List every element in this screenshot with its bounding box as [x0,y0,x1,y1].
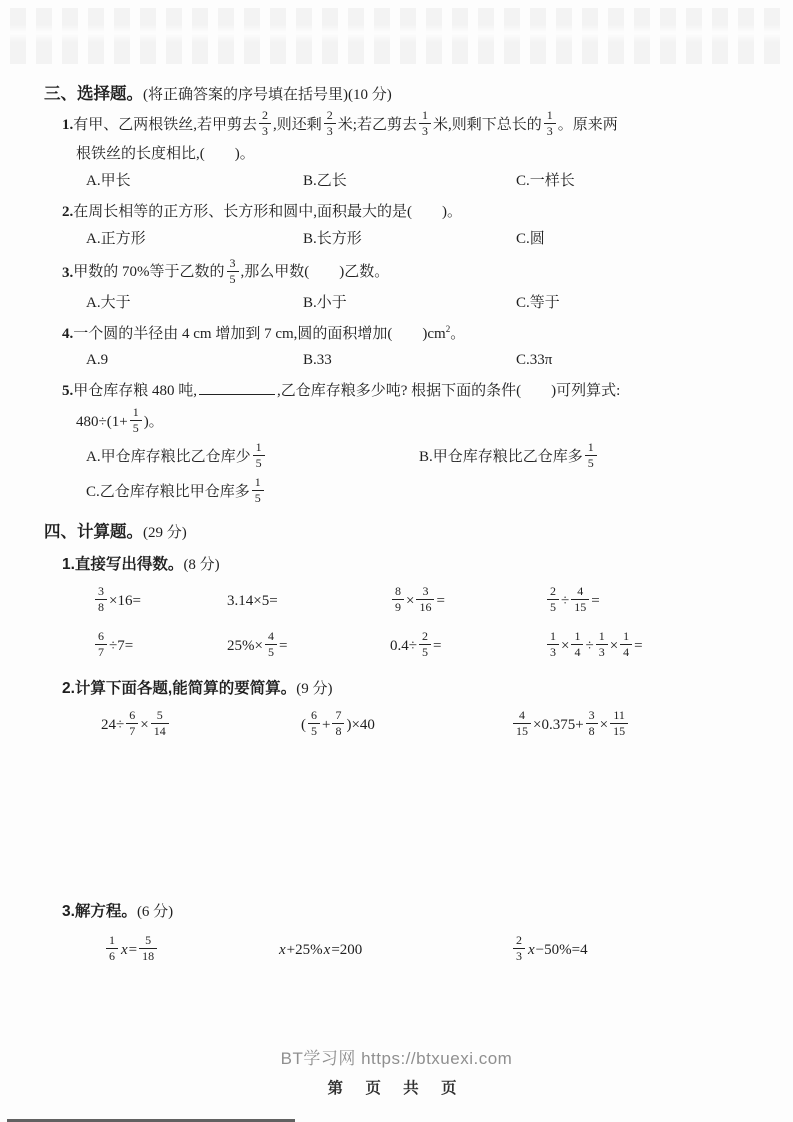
equations-row: 16x=518 x+25%x=200 23x−50%=4 [62,935,757,966]
fraction: 514 [151,708,169,739]
question-3-option-a: A.大于 [86,291,303,315]
fraction: 78 [332,708,344,739]
section-calc-title-main: 四、计算题。 [44,523,143,541]
fraction: 13 [419,108,431,139]
question-5-text: 甲仓库存粮 480 吨,,乙仓库存粮多少吨? 根据下面的条件( )可列算式: [73,383,620,399]
calc-sub-3-note: (6 分) [137,904,173,920]
scan-bleed-through-artifact [10,8,783,64]
question-4-options: A.9 B.33 C.33π [62,348,757,372]
fraction: 13 [596,629,608,660]
question-1-number: 1. [62,117,73,133]
expression-2-3: 0.4÷25= [390,631,545,662]
fraction: 15 [585,440,597,471]
calc-sub-1-note: (8 分) [183,557,219,573]
fraction: 16 [106,933,118,964]
section-calc-title: 四、计算题。(29 分) [44,518,757,542]
fraction: 25 [547,584,559,615]
question-4: 4.一个圆的半径由 4 cm 增加到 7 cm,圆的面积增加( )cm2。 A.… [62,322,757,373]
fraction: 415 [513,708,531,739]
fraction: 15 [253,440,265,471]
fraction: 14 [620,629,632,660]
question-1-text: 有甲、乙两根铁丝,若甲剪去23,则还剩23米;若乙剪去13米,则剩下总长的13。… [73,117,617,133]
expression-1-3: 89×316= [390,586,545,617]
question-1-option-b: B.乙长 [303,169,516,193]
question-5-expression: 480÷(1+15)。 [62,407,757,438]
calc-sub-2-title: 2.计算下面各题,能简算的要简算。(9 分) [62,676,757,698]
fraction: 67 [95,629,107,660]
question-2-options: A.正方形 B.长方形 C.圆 [62,227,757,251]
fraction: 415 [571,584,589,615]
fraction: 23 [324,108,336,139]
question-5-options-row-1: A.甲仓库存粮比乙仓库少15 B.甲仓库存粮比乙仓库多15 [62,442,757,473]
question-3-options: A.大于 B.小于 C.等于 [62,291,757,315]
fraction: 23 [259,108,271,139]
question-4-line-1: 4.一个圆的半径由 4 cm 增加到 7 cm,圆的面积增加( )cm2。 [62,322,757,347]
question-3-text: 甲数的 70%等于乙数的35,那么甲数( )乙数。 [73,264,389,280]
fraction: 15 [130,405,142,436]
question-1-line-1: 1.有甲、乙两根铁丝,若甲剪去23,则还剩23米;若乙剪去13米,则剩下总长的1… [62,110,757,141]
question-4-text: 一个圆的半径由 4 cm 增加到 7 cm,圆的面积增加( )cm2。 [73,326,465,342]
page-number-label: 第 页 共 页 [0,1076,793,1098]
calc-sub-1-label: 1.直接写出得数。 [62,556,183,573]
question-5-option-a: A.甲仓库存粮比乙仓库少15 [86,442,419,473]
answer-blank [199,380,275,395]
question-2-line-1: 2.在周长相等的正方形、长方形和圆中,面积最大的是( )。 [62,200,757,225]
question-1: 1.有甲、乙两根铁丝,若甲剪去23,则还剩23米;若乙剪去13米,则剩下总长的1… [62,110,757,193]
calc-sub-3-title: 3.解方程。(6 分) [62,899,757,921]
expression-1-1: 38×16= [93,586,227,617]
equation-2: x+25%x=200 [278,942,511,959]
expression-3-3: 415×0.375+38×1115 [511,710,757,741]
question-5-option-b: B.甲仓库存粮比乙仓库多15 [419,442,757,473]
fraction: 38 [586,708,598,739]
question-4-option-c: C.33π [516,348,757,372]
fraction: 25 [419,629,431,660]
fraction: 518 [139,933,157,964]
expression-3-1: 24÷67×514 [101,710,301,741]
expression-1-2: 3.14×5= [227,593,390,610]
section-choice-title-note: (将正确答案的序号填在括号里)(10 分) [143,87,392,103]
calc-sub-1-title: 1.直接写出得数。(8 分) [62,552,757,574]
question-3-line-1: 3.甲数的 70%等于乙数的35,那么甲数( )乙数。 [62,258,757,289]
expression-2-4: 13×14÷13×14= [545,631,757,662]
page-content: 三、选择题。(将正确答案的序号填在括号里)(10 分) 1.有甲、乙两根铁丝,若… [0,0,793,966]
section-calc-title-note: (29 分) [143,525,187,541]
question-4-number: 4. [62,326,73,342]
expression-3-2: (65+78)×40 [301,710,511,741]
fraction: 89 [392,584,404,615]
section-choice-title-main: 三、选择题。 [44,85,143,103]
question-3: 3.甲数的 70%等于乙数的35,那么甲数( )乙数。 A.大于 B.小于 C.… [62,258,757,315]
question-1-line-2: 根铁丝的长度相比,( )。 [62,142,757,167]
section-choice-title: 三、选择题。(将正确答案的序号填在括号里)(10 分) [44,80,757,104]
fraction: 38 [95,584,107,615]
blank-work-area [44,741,757,889]
question-1-options: A.甲长 B.乙长 C.一样长 [62,169,757,193]
direct-calc-row-1: 38×16= 3.14×5= 89×316= 25÷415= [62,586,757,617]
fraction: 35 [227,256,239,287]
fraction: 67 [126,708,138,739]
fraction: 13 [547,629,559,660]
question-5-line-1: 5.甲仓库存粮 480 吨,,乙仓库存粮多少吨? 根据下面的条件( )可列算式: [62,379,757,404]
watermark-site-link: BT学习网 https://btxuexi.com [0,1044,793,1069]
calc-sub-2-note: (9 分) [296,681,332,697]
question-2: 2.在周长相等的正方形、长方形和圆中,面积最大的是( )。 A.正方形 B.长方… [62,200,757,251]
fraction: 1115 [610,708,628,739]
fraction: 14 [571,629,583,660]
fraction: 13 [544,108,556,139]
question-3-number: 3. [62,264,73,280]
simplify-calc-row: 24÷67×514 (65+78)×40 415×0.375+38×1115 [62,710,757,741]
question-5: 5.甲仓库存粮 480 吨,,乙仓库存粮多少吨? 根据下面的条件( )可列算式:… [62,379,757,508]
question-2-text: 在周长相等的正方形、长方形和圆中,面积最大的是( )。 [73,204,462,220]
expression-2-1: 67÷7= [93,631,227,662]
fraction: 316 [416,584,434,615]
question-2-option-b: B.长方形 [303,227,516,251]
question-5-number: 5. [62,383,73,399]
equation-3: 23x−50%=4 [511,935,757,966]
question-1-option-a: A.甲长 [86,169,303,193]
question-2-option-a: A.正方形 [86,227,303,251]
expression-2-2: 25%×45= [227,631,390,662]
fraction: 65 [308,708,320,739]
exam-paper-page: 三、选择题。(将正确答案的序号填在括号里)(10 分) 1.有甲、乙两根铁丝,若… [0,0,793,1122]
question-5-option-c: C.乙仓库存粮比甲仓库多15 [62,477,757,508]
direct-calc-row-2: 67÷7= 25%×45= 0.4÷25= 13×14÷13×14= [62,631,757,662]
question-3-option-b: B.小于 [303,291,516,315]
question-2-option-c: C.圆 [516,227,757,251]
choice-questions: 1.有甲、乙两根铁丝,若甲剪去23,则还剩23米;若乙剪去13米,则剩下总长的1… [62,110,757,508]
question-3-option-c: C.等于 [516,291,757,315]
expression-1-4: 25÷415= [545,586,757,617]
calc-sub-2-label: 2.计算下面各题,能简算的要简算。 [62,680,296,697]
calc-sub-3-label: 3.解方程。 [62,903,137,920]
fraction: 23 [513,933,525,964]
question-4-option-b: B.33 [303,348,516,372]
question-4-option-a: A.9 [86,348,303,372]
equation-1: 16x=518 [104,935,278,966]
page-footer: BT学习网 https://btxuexi.com 第 页 共 页 [0,1044,793,1098]
question-2-number: 2. [62,204,73,220]
question-1-option-c: C.一样长 [516,169,757,193]
fraction: 45 [265,629,277,660]
fraction: 15 [252,475,264,506]
